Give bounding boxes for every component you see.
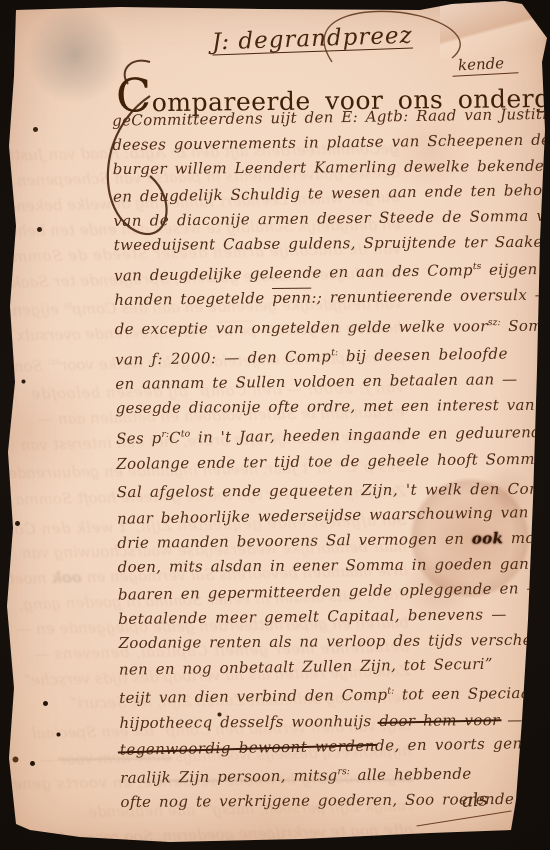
manuscript-text: Zoolange ende ter tijd toe de geheele ho… bbox=[116, 449, 544, 472]
manuscript-text: in 't Jaar, heeden ingaande en geduurend… bbox=[190, 423, 550, 447]
manuscript-text: eijgen bbox=[481, 260, 537, 279]
manuscript-text: penn bbox=[272, 289, 311, 307]
manuscript-text: Ses p bbox=[116, 429, 162, 448]
manuscript-text: de, en voorts gene- bbox=[375, 734, 538, 755]
manuscript-text: moeten bbox=[0, 569, 52, 588]
manuscript-line: ofte nog te verkrijgene goederen, Soo ro… bbox=[0, 818, 413, 850]
manuscript-text: sz: bbox=[488, 317, 501, 328]
manuscript-text: handen toegetelde bbox=[114, 289, 272, 309]
manuscript-text: moeten bbox=[503, 529, 550, 548]
manuscript-text: burger willem Leendert Kamerling dewelke… bbox=[113, 157, 550, 179]
manuscript-body: geCommitteerdens uijt den E: Agtb: Raad … bbox=[112, 103, 533, 816]
manuscript-text: sz: bbox=[47, 356, 60, 367]
manuscript-text: teijt van dien verbind den Comp bbox=[119, 686, 387, 707]
manuscript-text: baaren en gepermitteerden gelde opleggen… bbox=[118, 579, 542, 604]
manuscript-text: rs: bbox=[337, 766, 349, 777]
manuscript-text: ofte nog te verkrijgene goederen, Soo ro… bbox=[120, 790, 514, 811]
manuscript-text: hijpotheecq desselfs woonhuijs bbox=[119, 712, 379, 732]
manuscript-text: gesegde diaconije ofte ordre, met een in… bbox=[116, 396, 535, 417]
manuscript-text: Sal afgelost ende gequeeten Zijn, 't wel… bbox=[117, 479, 550, 500]
manuscript-text: ts bbox=[64, 300, 73, 311]
manuscript-text: eijgen bbox=[12, 300, 64, 319]
clerk-signature: J: degrandpreez bbox=[212, 23, 414, 56]
manuscript-line: de exceptie van ongetelden gelde welke v… bbox=[115, 309, 527, 341]
manuscript-text: ook bbox=[472, 530, 504, 548]
catchword-underline bbox=[417, 810, 512, 826]
manuscript-text: alle hebbende bbox=[350, 765, 472, 784]
manuscript-text: raalijk Zijn persoon, mitsg bbox=[120, 766, 338, 787]
manuscript-text: van deugdelijke geleende en aan des Comp bbox=[114, 261, 473, 285]
manuscript-text: tweeduijsent Caabse guldens, Spruijtende… bbox=[114, 233, 543, 254]
struck-text: door hem voor bbox=[379, 711, 500, 730]
manuscript-text: bij deesen beloofde bbox=[338, 344, 508, 365]
manuscript-text: Somma bbox=[501, 316, 550, 335]
manuscript-text: de exceptie van ongetelden gelde welke v… bbox=[115, 317, 488, 338]
manuscript-text: en aannam te Sullen voldoen en betaalen … bbox=[115, 370, 517, 393]
manuscript-page: geCommitteerdens uijt den E: Agtb: Raad … bbox=[0, 0, 550, 850]
manuscript-text: doen, mits alsdan in eener Somma in goed… bbox=[118, 555, 545, 576]
struck-text: tegenwoordig bewoont werden bbox=[120, 737, 376, 759]
manuscript-text: :; renuntieerende oversulx — bbox=[311, 286, 550, 307]
manuscript-text: van de diaconije armen deeser Steede de … bbox=[113, 206, 550, 230]
manuscript-text: ofte nog te verkrijgene goederen, Soo ro… bbox=[50, 821, 413, 848]
manuscript-text: — bbox=[499, 711, 522, 729]
manuscript-text: C bbox=[169, 429, 181, 447]
manuscript-line: Zoolange ende ter tijd toe de geheele ho… bbox=[116, 447, 528, 477]
manuscript-text: tot een Speciaal bbox=[394, 684, 535, 704]
manuscript-text: drie maanden bevoorens Sal vermogen en bbox=[117, 530, 472, 552]
manuscript-line: raalijk Zijn persoon, mitsgrs: alle hebb… bbox=[120, 757, 532, 791]
manuscript-text: Zoodanige renten als na verloop des tijd… bbox=[118, 631, 540, 652]
manuscript-text: — bbox=[39, 750, 59, 768]
manuscript-text: geCommitteerdens uijt den E: Agtb: Raad … bbox=[112, 105, 550, 130]
ink-specks bbox=[0, 0, 3, 3]
manuscript-text: betaalende meer gemelt Capitaal, beneven… bbox=[118, 605, 507, 628]
manuscript-text: to bbox=[181, 429, 191, 440]
manuscript-line: van ƒ: 2000: — den Compt: bij deesen bel… bbox=[115, 337, 527, 373]
manuscript-text: deeses gouvernements in plaatse van Sche… bbox=[112, 131, 550, 154]
manuscript-text: ook bbox=[51, 569, 82, 588]
manuscript-text: van ƒ: 2000: — den Comp bbox=[115, 347, 331, 368]
manuscript-text: Somma bbox=[0, 356, 48, 376]
catchword: als bbox=[461, 789, 488, 812]
manuscript-text: nen en nog onbetaalt Zullen Zijn, tot Se… bbox=[119, 655, 493, 679]
manuscript-line: teijt van dien verbind den Compt: tot ee… bbox=[119, 677, 531, 711]
photograph-background: geCommitteerdens uijt den E: Agtb: Raad … bbox=[0, 0, 550, 850]
manuscript-text: naar behoorlijke wederseijdse waarschouw… bbox=[117, 503, 529, 527]
paper-fold-crease bbox=[440, 0, 550, 58]
manuscript-text: en deugdelijk Schuldig te wesen aan ende… bbox=[113, 180, 550, 206]
